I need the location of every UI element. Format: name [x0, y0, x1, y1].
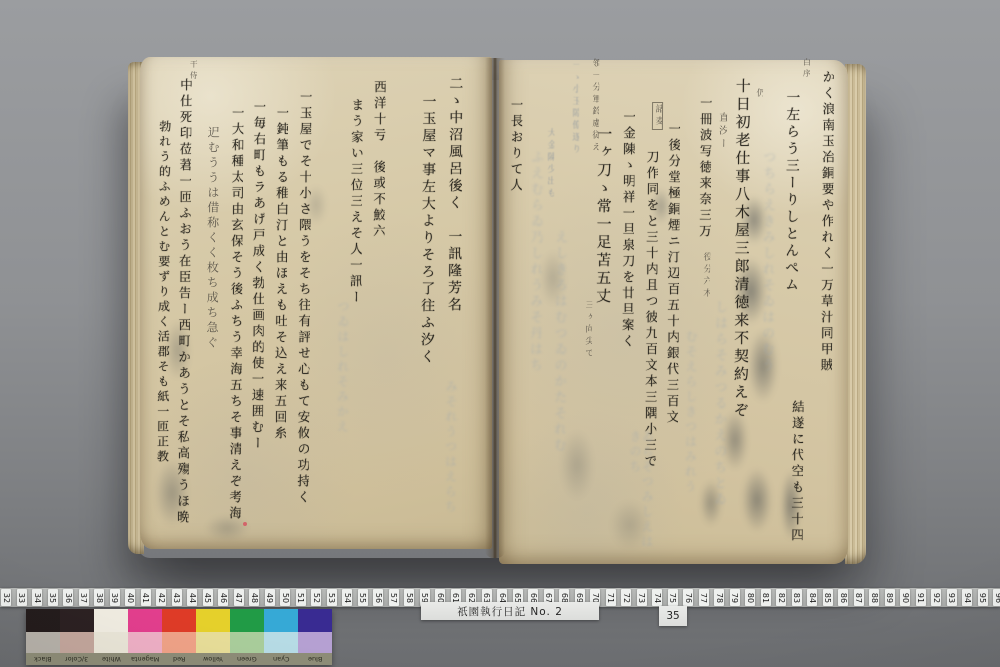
ruler-tick: 89 [885, 589, 895, 606]
page-number-plate: 35 [659, 606, 687, 626]
manuscript-column: 一ゝ小玉隙僚遂り [570, 60, 580, 156]
red-fleck [243, 522, 247, 526]
color-swatch [162, 609, 196, 632]
ruler-tick: 83 [792, 589, 802, 606]
color-patch-magenta: Magenta [128, 609, 162, 665]
ruler-tick: 94 [962, 589, 972, 606]
ruler-tick: 58 [404, 589, 414, 606]
ruler-tick: 37 [79, 589, 89, 606]
manuscript-column: 白序 [802, 58, 811, 80]
manuscript-column: 領一分軍鈴慮従え [590, 58, 600, 154]
ruler-tick: 82 [776, 589, 786, 606]
manuscript-column: 一左らう三ーりしとんぺム [783, 90, 799, 294]
color-label: Blue [298, 653, 332, 665]
color-patch-white: White [94, 609, 128, 665]
ruler-tick: 44 [187, 589, 197, 606]
ruler-tick: 39 [110, 589, 120, 606]
ruler-tick: 41 [141, 589, 151, 606]
ruler-tick: 38 [94, 589, 104, 606]
photo-stage: 3233343536373839404142434445464748495051… [0, 0, 1000, 667]
ruler-tick: 54 [342, 589, 352, 606]
ruler-tick: 45 [203, 589, 213, 606]
manuscript-column: 諸麦 [652, 102, 664, 130]
ruler-tick: 84 [807, 589, 817, 606]
ruler-tick: 32 [1, 589, 11, 606]
manuscript-column: 役分六木 [701, 252, 711, 300]
color-label: Black [26, 653, 60, 665]
color-bar: Black3/ColorWhiteMagentaRedYellowGreenCy… [26, 609, 332, 665]
ruler-tick: 78 [714, 589, 724, 606]
gutter-crease [485, 58, 505, 558]
ruler-tick: 49 [265, 589, 275, 606]
manuscript-column: 迉むううは借称くく枚ち成ち急ぐ [205, 126, 219, 351]
ruler-tick: 46 [218, 589, 228, 606]
color-swatch-tint [298, 632, 332, 653]
page-number-text: 35 [666, 610, 679, 622]
color-label: 3/Color [60, 653, 94, 665]
ruler-tick: 42 [156, 589, 166, 606]
color-patch-green: Green [230, 609, 264, 665]
manuscript-column: 三ヶ向尖で [583, 300, 593, 360]
page-stack-right [845, 64, 866, 564]
ruler-tick: 36 [63, 589, 73, 606]
manuscript-column: 二ゝ中沼風呂後く 一訊隆芳名 [446, 76, 462, 314]
ruler-tick: 90 [900, 589, 910, 606]
ruler-tick: 75 [668, 589, 678, 606]
ruler-tick: 73 [637, 589, 647, 606]
color-label: Yellow [196, 653, 230, 665]
ruler-tick: 85 [823, 589, 833, 606]
ruler-tick: 34 [32, 589, 42, 606]
color-swatch [298, 609, 332, 632]
color-swatch-tint [26, 632, 60, 653]
ruler-tick: 93 [947, 589, 957, 606]
manuscript-column: むそえらしきつはみれう [683, 330, 697, 495]
manuscript-column: 一大和種太司由玄保そう後ふちう幸海五ちそ事清えぞ考海 [227, 106, 244, 522]
ruler-tick: 47 [234, 589, 244, 606]
color-swatch [26, 609, 60, 632]
color-swatch-tint [60, 632, 94, 653]
ruler-tick: 74 [652, 589, 662, 606]
manuscript-column: えしきろはむつゐのかたそれむ [551, 230, 566, 454]
color-swatch-tint [264, 632, 298, 653]
color-swatch [60, 609, 94, 632]
color-swatch-tint [162, 632, 196, 653]
ruler-tick: 81 [761, 589, 771, 606]
color-patch-blue: Blue [298, 609, 332, 665]
manuscript-column: 一金陳ゝ明祥一旦泉刀を廿旦案く [619, 110, 634, 350]
manuscript-column: 一毎右町もラあげ戸成く勃仕画肉的使一速囲むー [249, 100, 265, 452]
manuscript-column: つちらえきみしれそゐはのむう [759, 150, 774, 374]
color-swatch [94, 609, 128, 632]
ruler-tick: 72 [621, 589, 631, 606]
color-swatch-tint [196, 632, 230, 653]
ruler-tick: 43 [172, 589, 182, 606]
left-page [140, 57, 492, 549]
ruler-tick: 91 [916, 589, 926, 606]
color-label: Cyan [264, 653, 298, 665]
ruler-tick: 71 [606, 589, 616, 606]
manuscript-column: 一玉屋マ事左大よりそろ了往ふ汐く [419, 94, 436, 366]
color-label: Magenta [128, 653, 162, 665]
manuscript-column: 仍 [754, 88, 764, 100]
manuscript-column: みそれうつはえらち [444, 380, 458, 515]
ruler-tick: 92 [931, 589, 941, 606]
manuscript-column: 一長おりて人 [508, 98, 522, 194]
manuscript-column: ふえむらゐ乃しれうみそ丹はち [527, 150, 542, 374]
ruler-tick: 86 [838, 589, 848, 606]
color-patch-yellow: Yellow [196, 609, 230, 665]
ruler-tick: 48 [249, 589, 259, 606]
ruler-tick: 95 [978, 589, 988, 606]
color-patch-red: Red [162, 609, 196, 665]
manuscript-column: 西洋十亏 後或不鮫六 [370, 80, 385, 240]
color-swatch [230, 609, 264, 632]
color-swatch [196, 609, 230, 632]
ruler-tick: 52 [311, 589, 321, 606]
ruler-tick: 57 [389, 589, 399, 606]
ink-stain [742, 468, 772, 532]
manuscript-column: まう家い三位三えそ人一訊ー [347, 98, 362, 306]
color-patch-cyan: Cyan [264, 609, 298, 665]
color-label: White [94, 653, 128, 665]
ruler-tick: 35 [48, 589, 58, 606]
manuscript-column: 刀作同をと三十内且つ彼九百文本三隅小三で [642, 150, 658, 470]
color-swatch [264, 609, 298, 632]
color-label: Green [230, 653, 264, 665]
manuscript-column: 一玉屋でそ十小さ隈うをそち往有評せ心もて安攸の功持く [295, 90, 312, 506]
manuscript-column: 一後分堂極銅煙ニ汀辺百五十内銀代三百文 [664, 122, 680, 426]
color-swatch-tint [94, 632, 128, 653]
ruler-tick: 80 [745, 589, 755, 606]
manuscript-column: 直汐ー [716, 112, 727, 151]
color-label: Red [162, 653, 196, 665]
ruler-tick: 50 [280, 589, 290, 606]
ruler-tick: 77 [699, 589, 709, 606]
color-swatch-tint [128, 632, 162, 653]
manuscript-column: 十日初老仕事八木屋三郎清徳来不契約えぞ [732, 78, 750, 420]
ruler-tick: 53 [327, 589, 337, 606]
caption-text: 祇園執行日記 No. 2 [457, 604, 563, 619]
color-patch-black: Black [26, 609, 60, 665]
ruler-tick: 51 [296, 589, 306, 606]
manuscript-column: 干侍 [189, 60, 198, 82]
manuscript-column: 勃れう的ふめんとむ要ずり成く活郡そも紙一匝正教 [156, 120, 171, 465]
caption-plate: 祇園執行日記 No. 2 [421, 602, 599, 620]
color-patch-3-color: 3/Color [60, 609, 94, 665]
manuscript-column: 結遂に代空も三十四 [788, 400, 803, 544]
manuscript-column: 一鈍筆もる稚白汀と由ほえも吐そ込え来五回糸 [272, 106, 288, 442]
manuscript-column: 一冊波写徳来奈三万 [696, 96, 711, 240]
ruler-tick: 33 [17, 589, 27, 606]
ruler-tick: 56 [373, 589, 383, 606]
manuscript-column: しはらそみつるかえのちとゐ [711, 300, 726, 508]
manuscript-column: 大金陳少出も [545, 128, 555, 200]
color-swatch-tint [230, 632, 264, 653]
ruler-tick: 79 [730, 589, 740, 606]
ruler-tick: 76 [683, 589, 693, 606]
ink-stain [560, 430, 594, 500]
manuscript-column: かく浪南玉冶銅要や作れく一万草汁同甲賊 [818, 70, 834, 374]
manuscript-column: ゐらそつみしえはきのち [628, 430, 654, 556]
ruler-tick: 96 [993, 589, 1000, 606]
ruler-tick: 40 [125, 589, 135, 606]
manuscript-column: つゐはしれそみかえ [336, 300, 350, 435]
color-swatch [128, 609, 162, 632]
ruler-tick: 55 [358, 589, 368, 606]
ruler-tick: 87 [854, 589, 864, 606]
ruler-tick: 88 [869, 589, 879, 606]
